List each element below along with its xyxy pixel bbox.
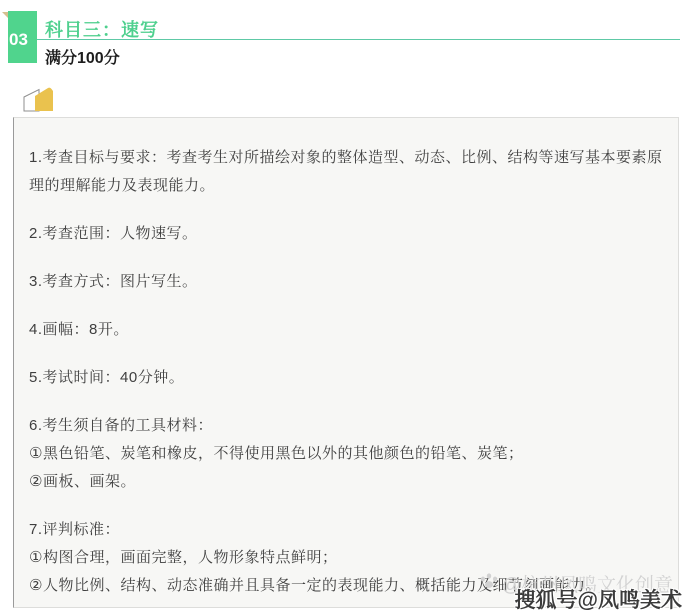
sohu-paw-icon	[479, 571, 499, 597]
content-box: 1.考查目标与要求：考查考生对所描绘对象的整体造型、动态、比例、结构等速写基本要…	[13, 117, 679, 608]
section-title: 科目三：速写	[45, 16, 159, 42]
paragraph-line: ①构图合理，画面完整，人物形象特点鲜明；	[29, 544, 668, 572]
article-page: 03 科目三：速写 满分100分 1.考查目标与要求：考查考生对所描绘对象的整体…	[0, 0, 686, 616]
paragraph-line: 3.考查方式：图片写生。	[29, 268, 668, 296]
pages-icon	[23, 86, 57, 117]
paragraph-line: 5.考试时间：40分钟。	[29, 364, 668, 392]
paragraph-line: 7.评判标准：	[29, 516, 668, 544]
watermark-dark: 搜狐号@凤鸣美术	[515, 584, 682, 614]
paragraph-group-5: 5.考试时间：40分钟。	[29, 364, 668, 392]
paragraph-line: 2.考查范围：人物速写。	[29, 220, 668, 248]
paragraph-line: ②画板、画架。	[29, 468, 668, 496]
section-number: 03	[8, 30, 28, 50]
paragraph-group-1: 1.考查目标与要求：考查考生对所描绘对象的整体造型、动态、比例、结构等速写基本要…	[29, 144, 668, 200]
paragraph-line: ①黑色铅笔、炭笔和橡皮，不得使用黑色以外的其他颜色的铅笔、炭笔；	[29, 440, 668, 468]
paragraph-line: 6.考生须自备的工具材料：	[29, 412, 668, 440]
paragraph-group-2: 2.考查范围：人物速写。	[29, 220, 668, 248]
section-number-badge: 03	[8, 11, 37, 63]
section-subtitle: 满分100分	[45, 45, 120, 68]
paragraph-group-3: 3.考查方式：图片写生。	[29, 268, 668, 296]
paragraph-group-4: 4.画幅：8开。	[29, 316, 668, 344]
paragraph-line: 4.画幅：8开。	[29, 316, 668, 344]
paragraph-line: 1.考查目标与要求：考查考生对所描绘对象的整体造型、动态、比例、结构等速写基本要…	[29, 144, 668, 200]
paragraph-group-6: 6.考生须自备的工具材料： ①黑色铅笔、炭笔和橡皮，不得使用黑色以外的其他颜色的…	[29, 412, 668, 496]
